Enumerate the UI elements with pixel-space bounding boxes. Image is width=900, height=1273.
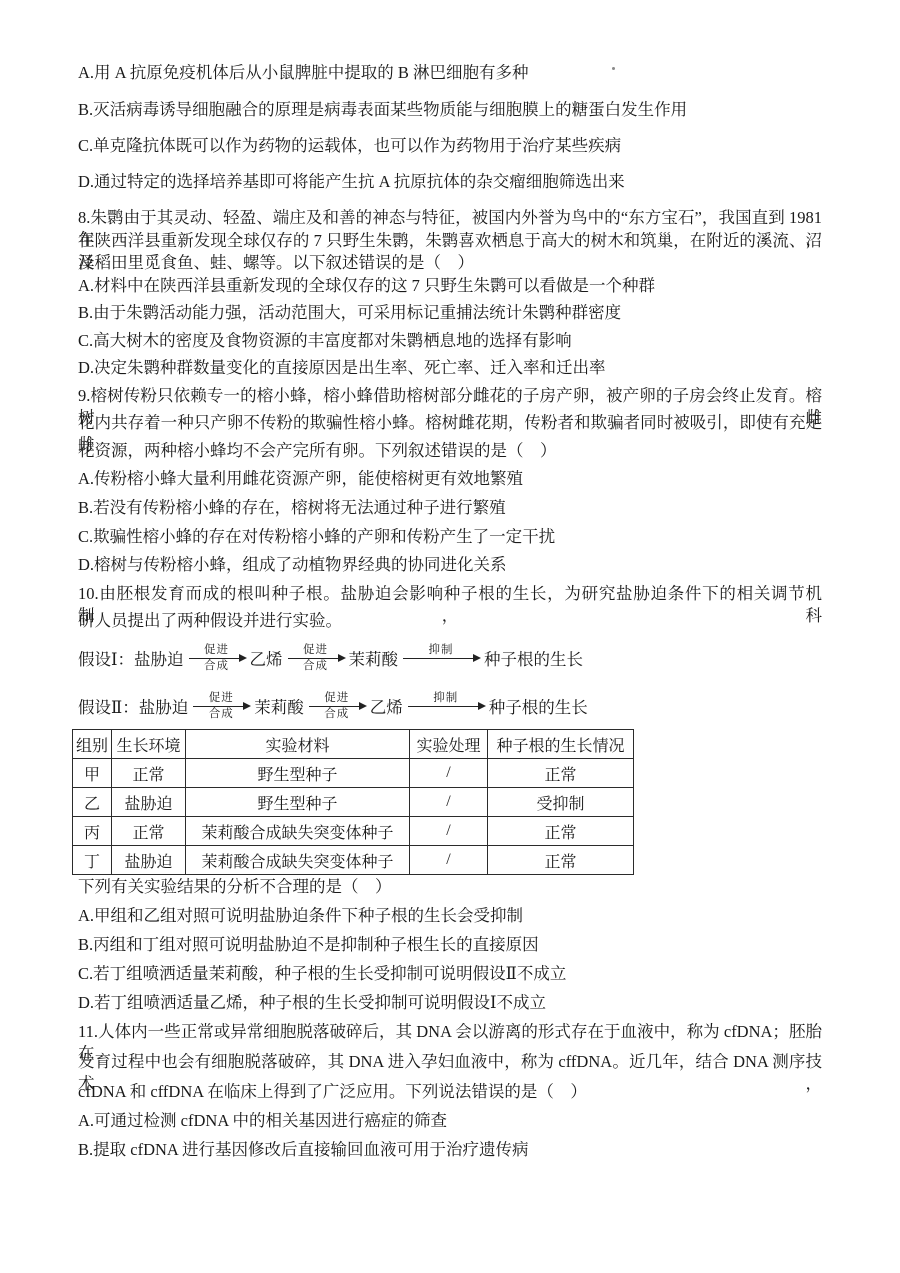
right-arrow-icon	[193, 706, 249, 707]
arrow-label-top: 抑制	[433, 691, 458, 706]
q8-option-a: A.材料中在陕西洋县重新发现的全球仅存的这 7 只野生朱鹮可以看做是一个种群	[78, 275, 655, 297]
q9-stem-line-3: 花资源，两种榕小蜂均不会产完所有卵。下列叙述错误的是（ ）	[78, 440, 557, 462]
q9-option-a: A.传粉榕小蜂大量利用雌花资源产卵，能使榕树更有效地繁殖	[78, 468, 523, 490]
right-arrow-icon	[288, 658, 344, 659]
cell-environment: 正常	[112, 817, 186, 846]
scan-artifact-dot	[612, 67, 615, 70]
q11-option-a: A.可通过检测 cfDNA 中的相关基因进行癌症的筛查	[78, 1110, 447, 1132]
cell-material: 野生型种子	[186, 759, 410, 788]
exam-page: A.用 A 抗原免疫机体后从小鼠脾脏中提取的 B 淋巴细胞有多种 B.灭活病毒诱…	[0, 0, 900, 1273]
q8-option-b: B.由于朱鹮活动能力强，活动范围大，可采用标记重捕法统计朱鹮种群密度	[78, 302, 621, 324]
q9-option-b: B.若没有传粉榕小蜂的存在，榕树将无法通过种子进行繁殖	[78, 497, 506, 519]
q10-option-d: D.若丁组喷洒适量乙烯，种子根的生长受抑制可说明假设Ⅰ不成立	[78, 992, 546, 1014]
hypothesis-2-node-salt-stress: 盐胁迫	[139, 694, 189, 718]
arrow-label-bottom: 合成	[324, 707, 349, 722]
hypothesis-1-node-salt-stress: 盐胁迫	[134, 646, 184, 670]
hypothesis-2-node-ethylene: 乙烯	[370, 694, 403, 718]
q10-option-a: A.甲组和乙组对照可说明盐胁迫条件下种子根的生长会受抑制	[78, 905, 523, 927]
table-row: 甲 正常 野生型种子 / 正常	[73, 759, 634, 788]
q7-option-a: A.用 A 抗原免疫机体后从小鼠脾脏中提取的 B 淋巴细胞有多种	[78, 62, 529, 84]
cell-root-growth: 正常	[488, 846, 634, 875]
hypothesis-2-flow: 假设Ⅱ： 盐胁迫 促进 合成 茉莉酸 促进 合成 乙烯 抑制 种子根的生长	[78, 684, 588, 728]
q7-option-d: D.通过特定的选择培养基即可将能产生抗 A 抗原抗体的杂交瘤细胞筛选出来	[78, 171, 625, 193]
arrow-label-bottom: 合成	[303, 659, 328, 674]
cell-environment: 盐胁迫	[112, 846, 186, 875]
col-header-material: 实验材料	[186, 730, 410, 759]
inhibit-arrow: 抑制	[403, 643, 479, 674]
table-header-row: 组别 生长环境 实验材料 实验处理 种子根的生长情况	[73, 730, 634, 759]
table-row: 丁 盐胁迫 茉莉酸合成缺失突变体种子 / 正常	[73, 846, 634, 875]
experiment-table: 组别 生长环境 实验材料 实验处理 种子根的生长情况 甲 正常 野生型种子 / …	[72, 729, 634, 875]
q7-option-c: C.单克隆抗体既可以作为药物的运载体，也可以作为药物用于治疗某些疾病	[78, 135, 621, 157]
hypothesis-1-node-root-growth: 种子根的生长	[484, 646, 583, 670]
q10-option-b: B.丙组和丁组对照可说明盐胁迫不是抑制种子根生长的直接原因	[78, 934, 539, 956]
q11-stem-line-3: cfDNA 和 cffDNA 在临床上得到了广泛应用。下列说法错误的是（ ）	[78, 1081, 587, 1103]
cell-environment: 正常	[112, 759, 186, 788]
q8-option-c: C.高大树木的密度及食物资源的丰富度都对朱鹮栖息地的选择有影响	[78, 330, 572, 352]
cell-treatment: /	[410, 846, 488, 875]
q10-option-c: C.若丁组喷洒适量茉莉酸，种子根的生长受抑制可说明假设Ⅱ不成立	[78, 963, 566, 985]
table-row: 丙 正常 茉莉酸合成缺失突变体种子 / 正常	[73, 817, 634, 846]
hypothesis-1-flow: 假设Ⅰ： 盐胁迫 促进 合成 乙烯 促进 合成 茉莉酸 抑制 种子根的生长	[78, 636, 583, 680]
arrow-label-top: 促进	[209, 691, 234, 706]
hypothesis-2-node-jasmonate: 茉莉酸	[254, 694, 304, 718]
arrow-label-top: 抑制	[429, 643, 454, 658]
arrow-label-top: 促进	[204, 643, 229, 658]
hypothesis-1-node-ethylene: 乙烯	[250, 646, 283, 670]
q10-post-table-line: 下列有关实验结果的分析不合理的是（ ）	[78, 876, 392, 898]
col-header-group: 组别	[73, 730, 112, 759]
col-header-root-growth: 种子根的生长情况	[488, 730, 634, 759]
cell-material: 茉莉酸合成缺失突变体种子	[186, 817, 410, 846]
hypothesis-1-node-jasmonate: 茉莉酸	[349, 646, 399, 670]
q7-option-b: B.灭活病毒诱导细胞融合的原理是病毒表面某些物质能与细胞膜上的糖蛋白发生作用	[78, 99, 687, 121]
col-header-treatment: 实验处理	[410, 730, 488, 759]
cell-group: 丙	[73, 817, 112, 846]
cell-environment: 盐胁迫	[112, 788, 186, 817]
promote-synthesis-arrow: 促进 合成	[309, 691, 365, 722]
q8-option-d: D.决定朱鹮种群数量变化的直接原因是出生率、死亡率、迁入率和迁出率	[78, 357, 606, 379]
hypothesis-1-label: 假设Ⅰ：	[78, 646, 134, 670]
arrow-label-bottom: 合成	[204, 659, 229, 674]
cell-root-growth: 正常	[488, 817, 634, 846]
cell-root-growth: 正常	[488, 759, 634, 788]
cell-group: 甲	[73, 759, 112, 788]
cell-treatment: /	[410, 817, 488, 846]
q9-option-d: D.榕树与传粉榕小蜂，组成了动植物界经典的协同进化关系	[78, 554, 507, 576]
arrow-label-bottom: 合成	[209, 707, 234, 722]
col-header-environment: 生长环境	[112, 730, 186, 759]
cell-group: 丁	[73, 846, 112, 875]
promote-synthesis-arrow: 促进 合成	[288, 643, 344, 674]
right-arrow-icon	[189, 658, 245, 659]
hypothesis-2-label: 假设Ⅱ：	[78, 694, 139, 718]
inhibit-arrow: 抑制	[408, 691, 484, 722]
table-row: 乙 盐胁迫 野生型种子 / 受抑制	[73, 788, 634, 817]
hypothesis-2-node-root-growth: 种子根的生长	[489, 694, 588, 718]
arrow-label-top: 促进	[303, 643, 328, 658]
cell-group: 乙	[73, 788, 112, 817]
cell-root-growth: 受抑制	[488, 788, 634, 817]
promote-synthesis-arrow: 促进 合成	[193, 691, 249, 722]
cell-treatment: /	[410, 788, 488, 817]
arrow-label-top: 促进	[324, 691, 349, 706]
q9-option-c: C.欺骗性榕小蜂的存在对传粉榕小蜂的产卵和传粉产生了一定干扰	[78, 526, 555, 548]
cell-material: 茉莉酸合成缺失突变体种子	[186, 846, 410, 875]
promote-synthesis-arrow: 促进 合成	[189, 643, 245, 674]
right-arrow-icon	[403, 658, 479, 659]
q10-stem-line-2: 研人员提出了两种假设并进行实验。	[78, 610, 342, 632]
q8-stem-line-3: 及稻田里觅食鱼、蛙、螺等。以下叙述错误的是（ ）	[78, 252, 474, 274]
cell-treatment: /	[410, 759, 488, 788]
right-arrow-icon	[408, 706, 484, 707]
right-arrow-icon	[309, 706, 365, 707]
q11-option-b: B.提取 cfDNA 进行基因修改后直接输回血液可用于治疗遗传病	[78, 1139, 529, 1161]
cell-material: 野生型种子	[186, 788, 410, 817]
